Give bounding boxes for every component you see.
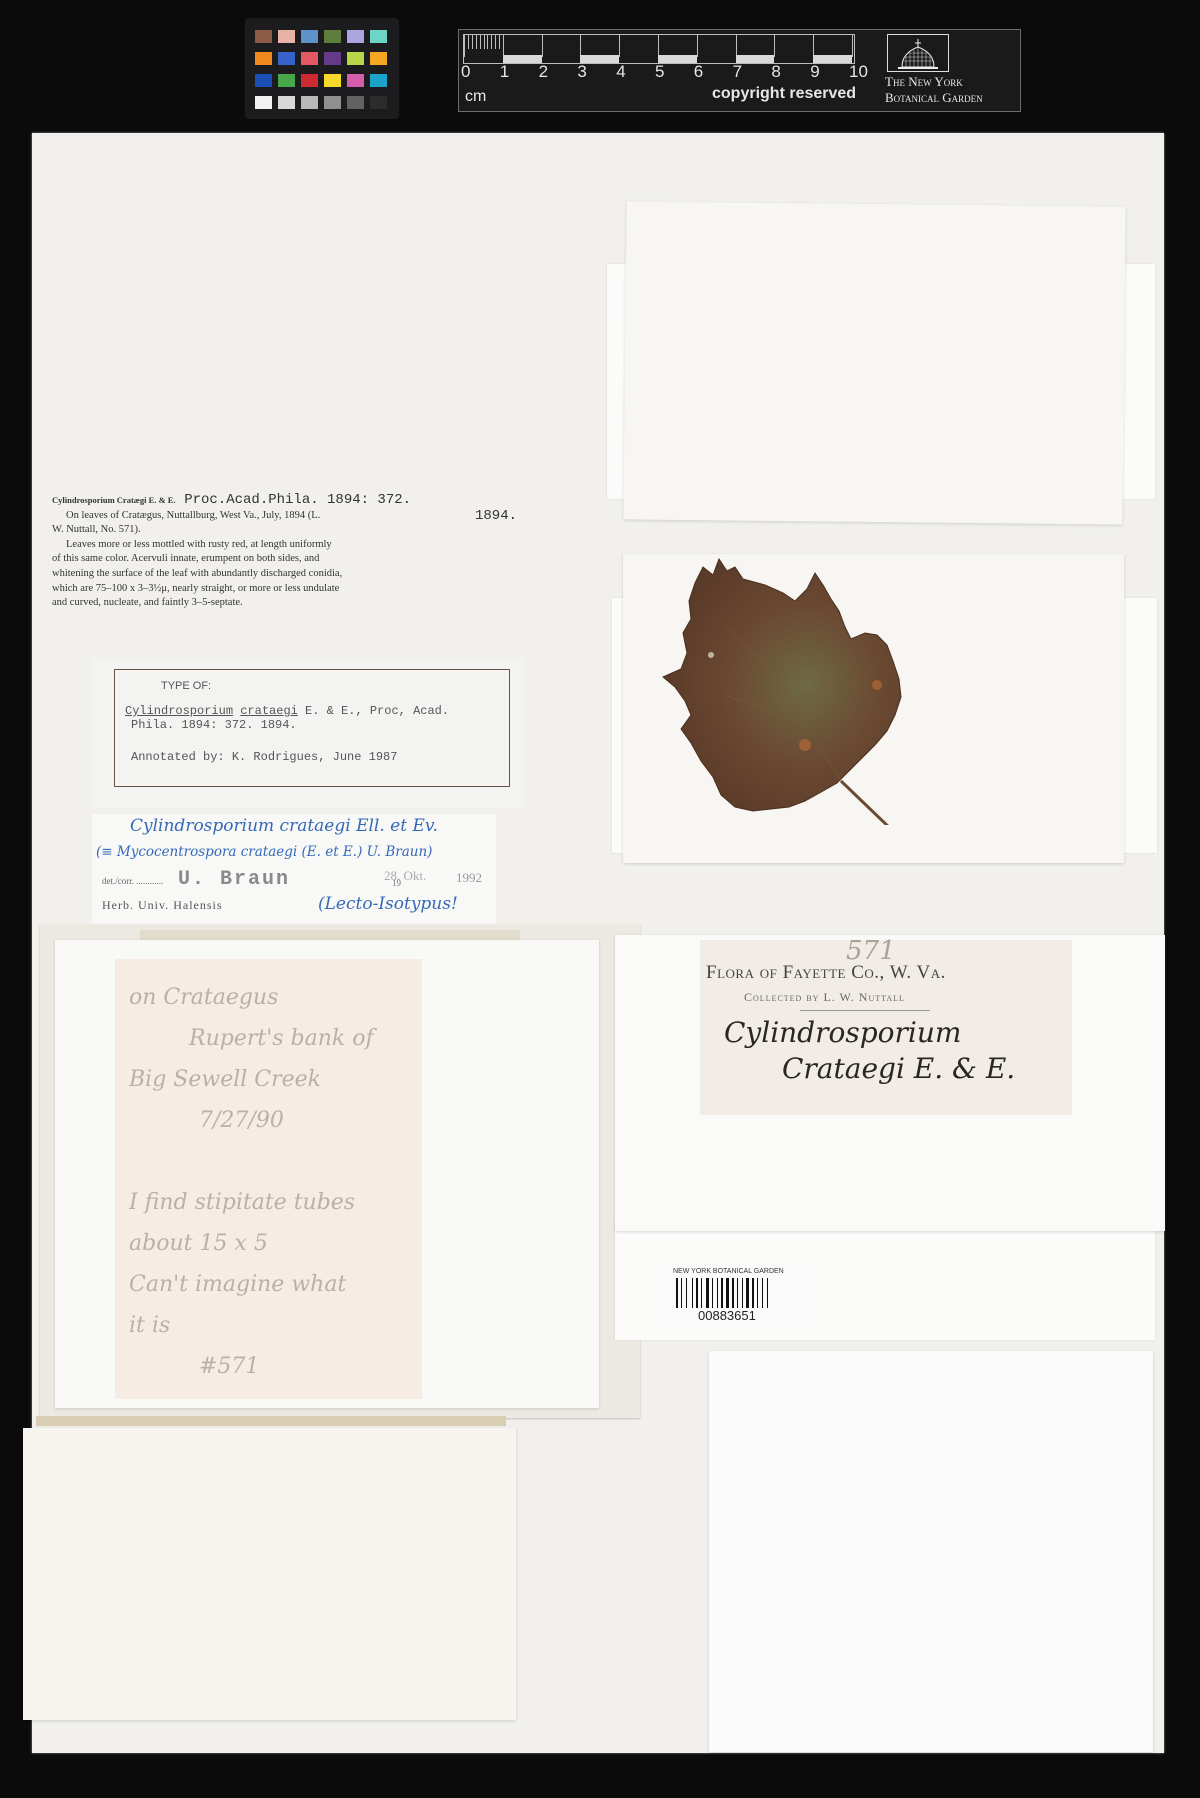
type-annotation-label: TYPE OF: Cylindrosporium crataegi E. & E…: [114, 669, 510, 787]
color-swatch: [347, 52, 364, 65]
color-swatch: [370, 96, 387, 109]
scale-ruler: 012345678910 cm copyright reserved The N…: [458, 29, 1021, 112]
ruler-number: 1: [500, 62, 509, 82]
color-swatch: [370, 74, 387, 87]
ruler-number: 9: [810, 62, 819, 82]
ruler-tick: [580, 35, 581, 57]
ruler-mm-tick: [472, 35, 473, 49]
ruler-scale-bar: [463, 34, 855, 64]
color-swatch: [324, 30, 341, 43]
empty-packet-bottom-left: [23, 1428, 516, 1720]
color-swatch: [278, 74, 295, 87]
ruler-number: 5: [655, 62, 664, 82]
ruler-mm-tick: [484, 35, 485, 49]
color-swatch: [347, 30, 364, 43]
ruler-mm-tick: [476, 35, 477, 49]
pencil-note-line: Can't imagine what: [129, 1264, 374, 1305]
packet-edge: [36, 1416, 506, 1426]
color-swatch: [278, 96, 295, 109]
ruler-mm-tick: [480, 35, 481, 49]
ruler-number: 4: [616, 62, 625, 82]
divider: [800, 1010, 930, 1011]
color-swatch: [324, 96, 341, 109]
copyright-text: copyright reserved: [712, 85, 856, 103]
color-swatch: [301, 74, 318, 87]
ruler-tick: [697, 35, 698, 57]
ruler-tick: [619, 35, 620, 57]
ruler-tick: [852, 35, 853, 57]
ruler-mm-tick: [468, 35, 469, 49]
pencil-note-line: Big Sewell Creek: [129, 1059, 374, 1100]
empty-packet-bottom-right: [709, 1351, 1153, 1752]
color-swatch: [324, 52, 341, 65]
pencil-note-slip: on CrataegusRupert's bank ofBig Sewell C…: [115, 959, 422, 1399]
color-swatch: [278, 52, 295, 65]
pencil-note-line: Rupert's bank of: [129, 1018, 374, 1059]
pencil-note-line: on Crataegus: [129, 977, 374, 1018]
pencil-note-line: #571: [129, 1346, 374, 1387]
ruler-tick: [774, 35, 775, 57]
flora-of-fayette-label: Flora of Fayette Co., W. Va. Collected b…: [700, 940, 1072, 1115]
ruler-tick: [658, 35, 659, 57]
barcode-icon: [676, 1278, 788, 1308]
color-swatch: [324, 74, 341, 87]
ruler-mm-tick: [495, 35, 496, 49]
pencil-note-line: about 15 x 5: [129, 1223, 374, 1264]
pencil-note-line: [129, 1141, 374, 1182]
color-swatch: [370, 30, 387, 43]
ruler-mm-tick: [491, 35, 492, 49]
color-swatch: [370, 52, 387, 65]
empty-packet-top: [623, 201, 1125, 524]
color-swatch: [255, 96, 272, 109]
ruler-number: 6: [694, 62, 703, 82]
pencil-note-line: I find stipitate tubes: [129, 1182, 374, 1223]
ruler-tick: [503, 35, 504, 57]
ruler-tick: [813, 35, 814, 57]
ruler-number: 0: [461, 62, 470, 82]
color-swatch: [347, 74, 364, 87]
ruler-unit: cm: [465, 88, 486, 106]
color-swatch: [255, 74, 272, 87]
determination-label: Cylindrosporium crataegi Ell. et Ev. (≡ …: [92, 814, 496, 924]
barcode-label: NEW YORK BOTANICAL GARDEN 00883651: [668, 1264, 814, 1326]
pencil-note-line: 7/27/90: [129, 1100, 374, 1141]
ruler-number: 7: [733, 62, 742, 82]
institution-name: The New York Botanical Garden: [885, 74, 983, 106]
original-printed-label: Cylindrosporium Cratægi E. & E. Proc.Aca…: [52, 493, 532, 631]
color-swatch: [301, 52, 318, 65]
ruler-number: 8: [771, 62, 780, 82]
pencil-note-line: it is: [129, 1305, 374, 1346]
color-swatch: [278, 30, 295, 43]
nybg-conservatory-logo-icon: [887, 34, 949, 72]
ruler-number: 3: [577, 62, 586, 82]
ruler-mm-tick: [464, 35, 465, 49]
ruler-mm-tick: [499, 35, 500, 49]
hawthorn-leaf-specimen: [655, 555, 935, 825]
ruler-tick: [736, 35, 737, 57]
ruler-tick: [542, 35, 543, 57]
ruler-number: 2: [539, 62, 548, 82]
color-swatch: [347, 96, 364, 109]
ruler-mm-tick: [487, 35, 488, 49]
color-swatch: [301, 96, 318, 109]
color-swatch: [255, 52, 272, 65]
color-swatch: [301, 30, 318, 43]
ruler-number: 10: [849, 62, 868, 82]
color-calibration-chart: [245, 18, 399, 119]
color-swatch: [255, 30, 272, 43]
